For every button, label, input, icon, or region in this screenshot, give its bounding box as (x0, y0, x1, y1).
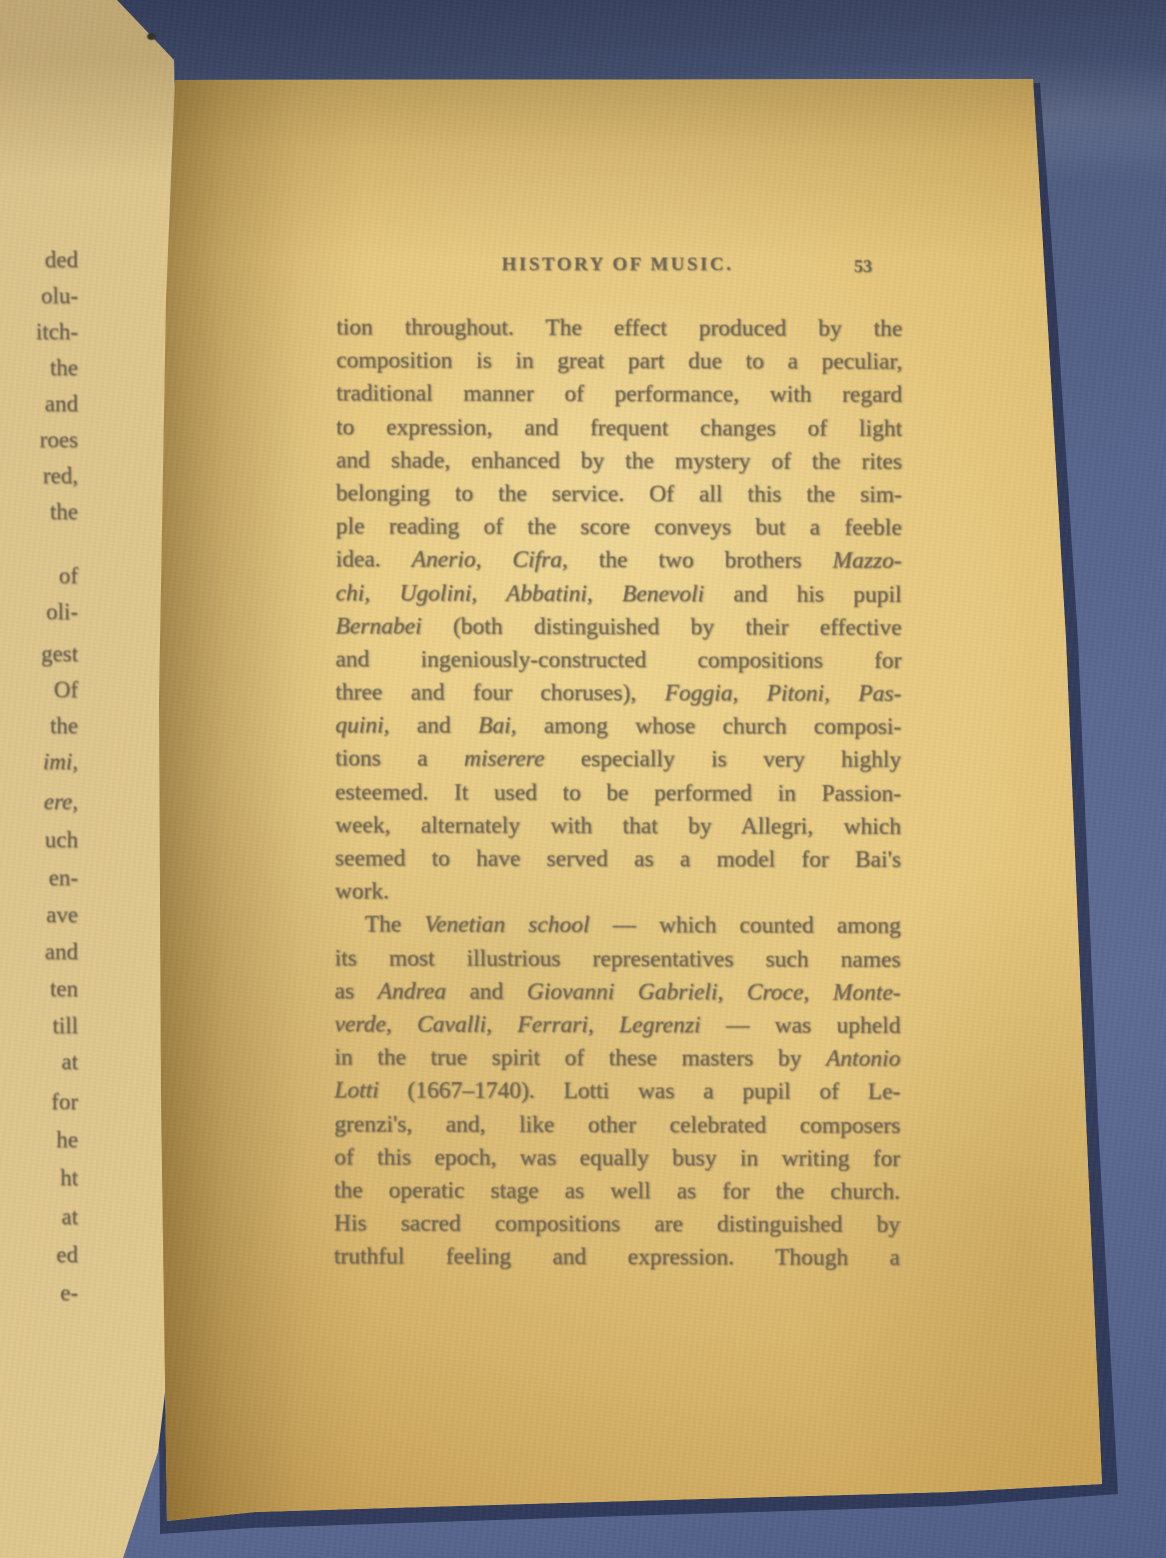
left-page-fragment: and (0, 940, 78, 963)
left-page-fragment: en- (0, 866, 78, 889)
text-line: quini, and Bai, among whose church compo… (335, 710, 901, 745)
text-line: truthful feeling and expression. Though … (334, 1241, 900, 1276)
text-line: work. (335, 875, 901, 910)
right-page: HISTORY OF MUSIC. 53 tion throughout. Th… (0, 0, 1166, 1558)
text-line: chi, Ugolini, Abbatini, Benevoli and his… (335, 577, 901, 612)
text-line: three and four choruses), Foggia, Pitoni… (335, 676, 901, 711)
text-line: Bernabei (both distinguished by their ef… (335, 610, 901, 645)
text-line: and ingeniously-constructed compositions… (335, 643, 901, 678)
text-line: tions a miserere especially is very high… (335, 743, 901, 778)
text-line: of this epoch, was equally busy in writi… (334, 1141, 900, 1176)
text-line: its most illustrious representatives suc… (335, 942, 901, 977)
running-header: HISTORY OF MUSIC. 53 (335, 254, 900, 284)
text-line: belonging to the service. Of all this th… (336, 477, 902, 512)
left-page-fragment: at (0, 1050, 78, 1073)
text-line: as Andrea and Giovanni Gabrieli, Croce, … (334, 975, 900, 1010)
left-page-fragment: the (0, 714, 78, 737)
left-page-fragment: red, (0, 464, 78, 487)
left-page-fragment: ed (0, 1243, 78, 1266)
book-photo: dedolu-itch-theandroesred,theofoli-gestO… (0, 0, 1166, 1558)
body-text: tion throughout. The effect produced by … (334, 311, 903, 1275)
text-line: idea. Anerio, Cifra, the two brothers Ma… (336, 544, 902, 579)
left-page-text-fragments: dedolu-itch-theandroesred,theofoli-gestO… (0, 0, 84, 1558)
left-page-fragment: ht (0, 1166, 78, 1189)
left-page-fragment: of (0, 564, 78, 587)
left-page-fragment: ave (0, 903, 78, 926)
text-line: week, alternately with that by Allegri, … (335, 809, 901, 844)
text-line: seemed to have served as a model for Bai… (335, 842, 901, 877)
left-page-fragment: e- (0, 1281, 78, 1304)
page-number: 53 (854, 256, 872, 277)
left-page-fragment: gest (0, 642, 78, 665)
left-page-fragment: at (0, 1205, 78, 1228)
left-page-fragment: roes (0, 428, 78, 451)
left-page-fragment: uch (0, 828, 78, 851)
header-title: HISTORY OF MUSIC. (502, 254, 734, 275)
text-line: ple reading of the score conveys but a f… (336, 510, 902, 545)
text-line: to expression, and frequent changes of l… (336, 411, 902, 446)
text-line: esteemed. It used to be performed in Pas… (335, 776, 901, 811)
text-line: the operatic stage as well as for the ch… (334, 1174, 900, 1209)
left-page-fragment: he (0, 1128, 78, 1151)
left-page-fragment: the (0, 500, 78, 523)
text-line: traditional manner of performance, with … (336, 378, 902, 413)
left-page-fragment: ten (0, 977, 78, 1000)
left-page-fragment: ded (0, 248, 78, 271)
text-line: The Venetian school — which counted amon… (335, 909, 901, 944)
text-line: verde, Cavalli, Ferrari, Legrenzi — was … (334, 1008, 900, 1043)
left-page-fragment: ere, (0, 790, 78, 813)
text-line: composition is in great part due to a pe… (336, 344, 902, 379)
left-page-fragment: Of (0, 678, 78, 701)
left-page-fragment: till (0, 1014, 78, 1037)
text-line: grenzi's, and, like other celebrated com… (334, 1108, 900, 1143)
text-line: tion throughout. The effect produced by … (336, 311, 902, 346)
left-page-fragment: itch- (0, 320, 78, 343)
text-line: in the true spirit of these masters by A… (334, 1041, 900, 1076)
text-line: and shade, enhanced by the mystery of th… (336, 444, 902, 479)
left-page-fragment: olu- (0, 284, 78, 307)
left-page-fragment: and (0, 392, 78, 415)
left-page-fragment: oli- (0, 600, 78, 623)
page-edge-speck (147, 33, 156, 40)
text-line: Lotti (1667–1740). Lotti was a pupil of … (334, 1075, 900, 1110)
left-page-fragment: imi, (0, 750, 78, 773)
left-page-fragment: the (0, 356, 78, 379)
text-line: His sacred compositions are distinguishe… (334, 1207, 900, 1242)
left-page-fragment: for (0, 1090, 78, 1113)
